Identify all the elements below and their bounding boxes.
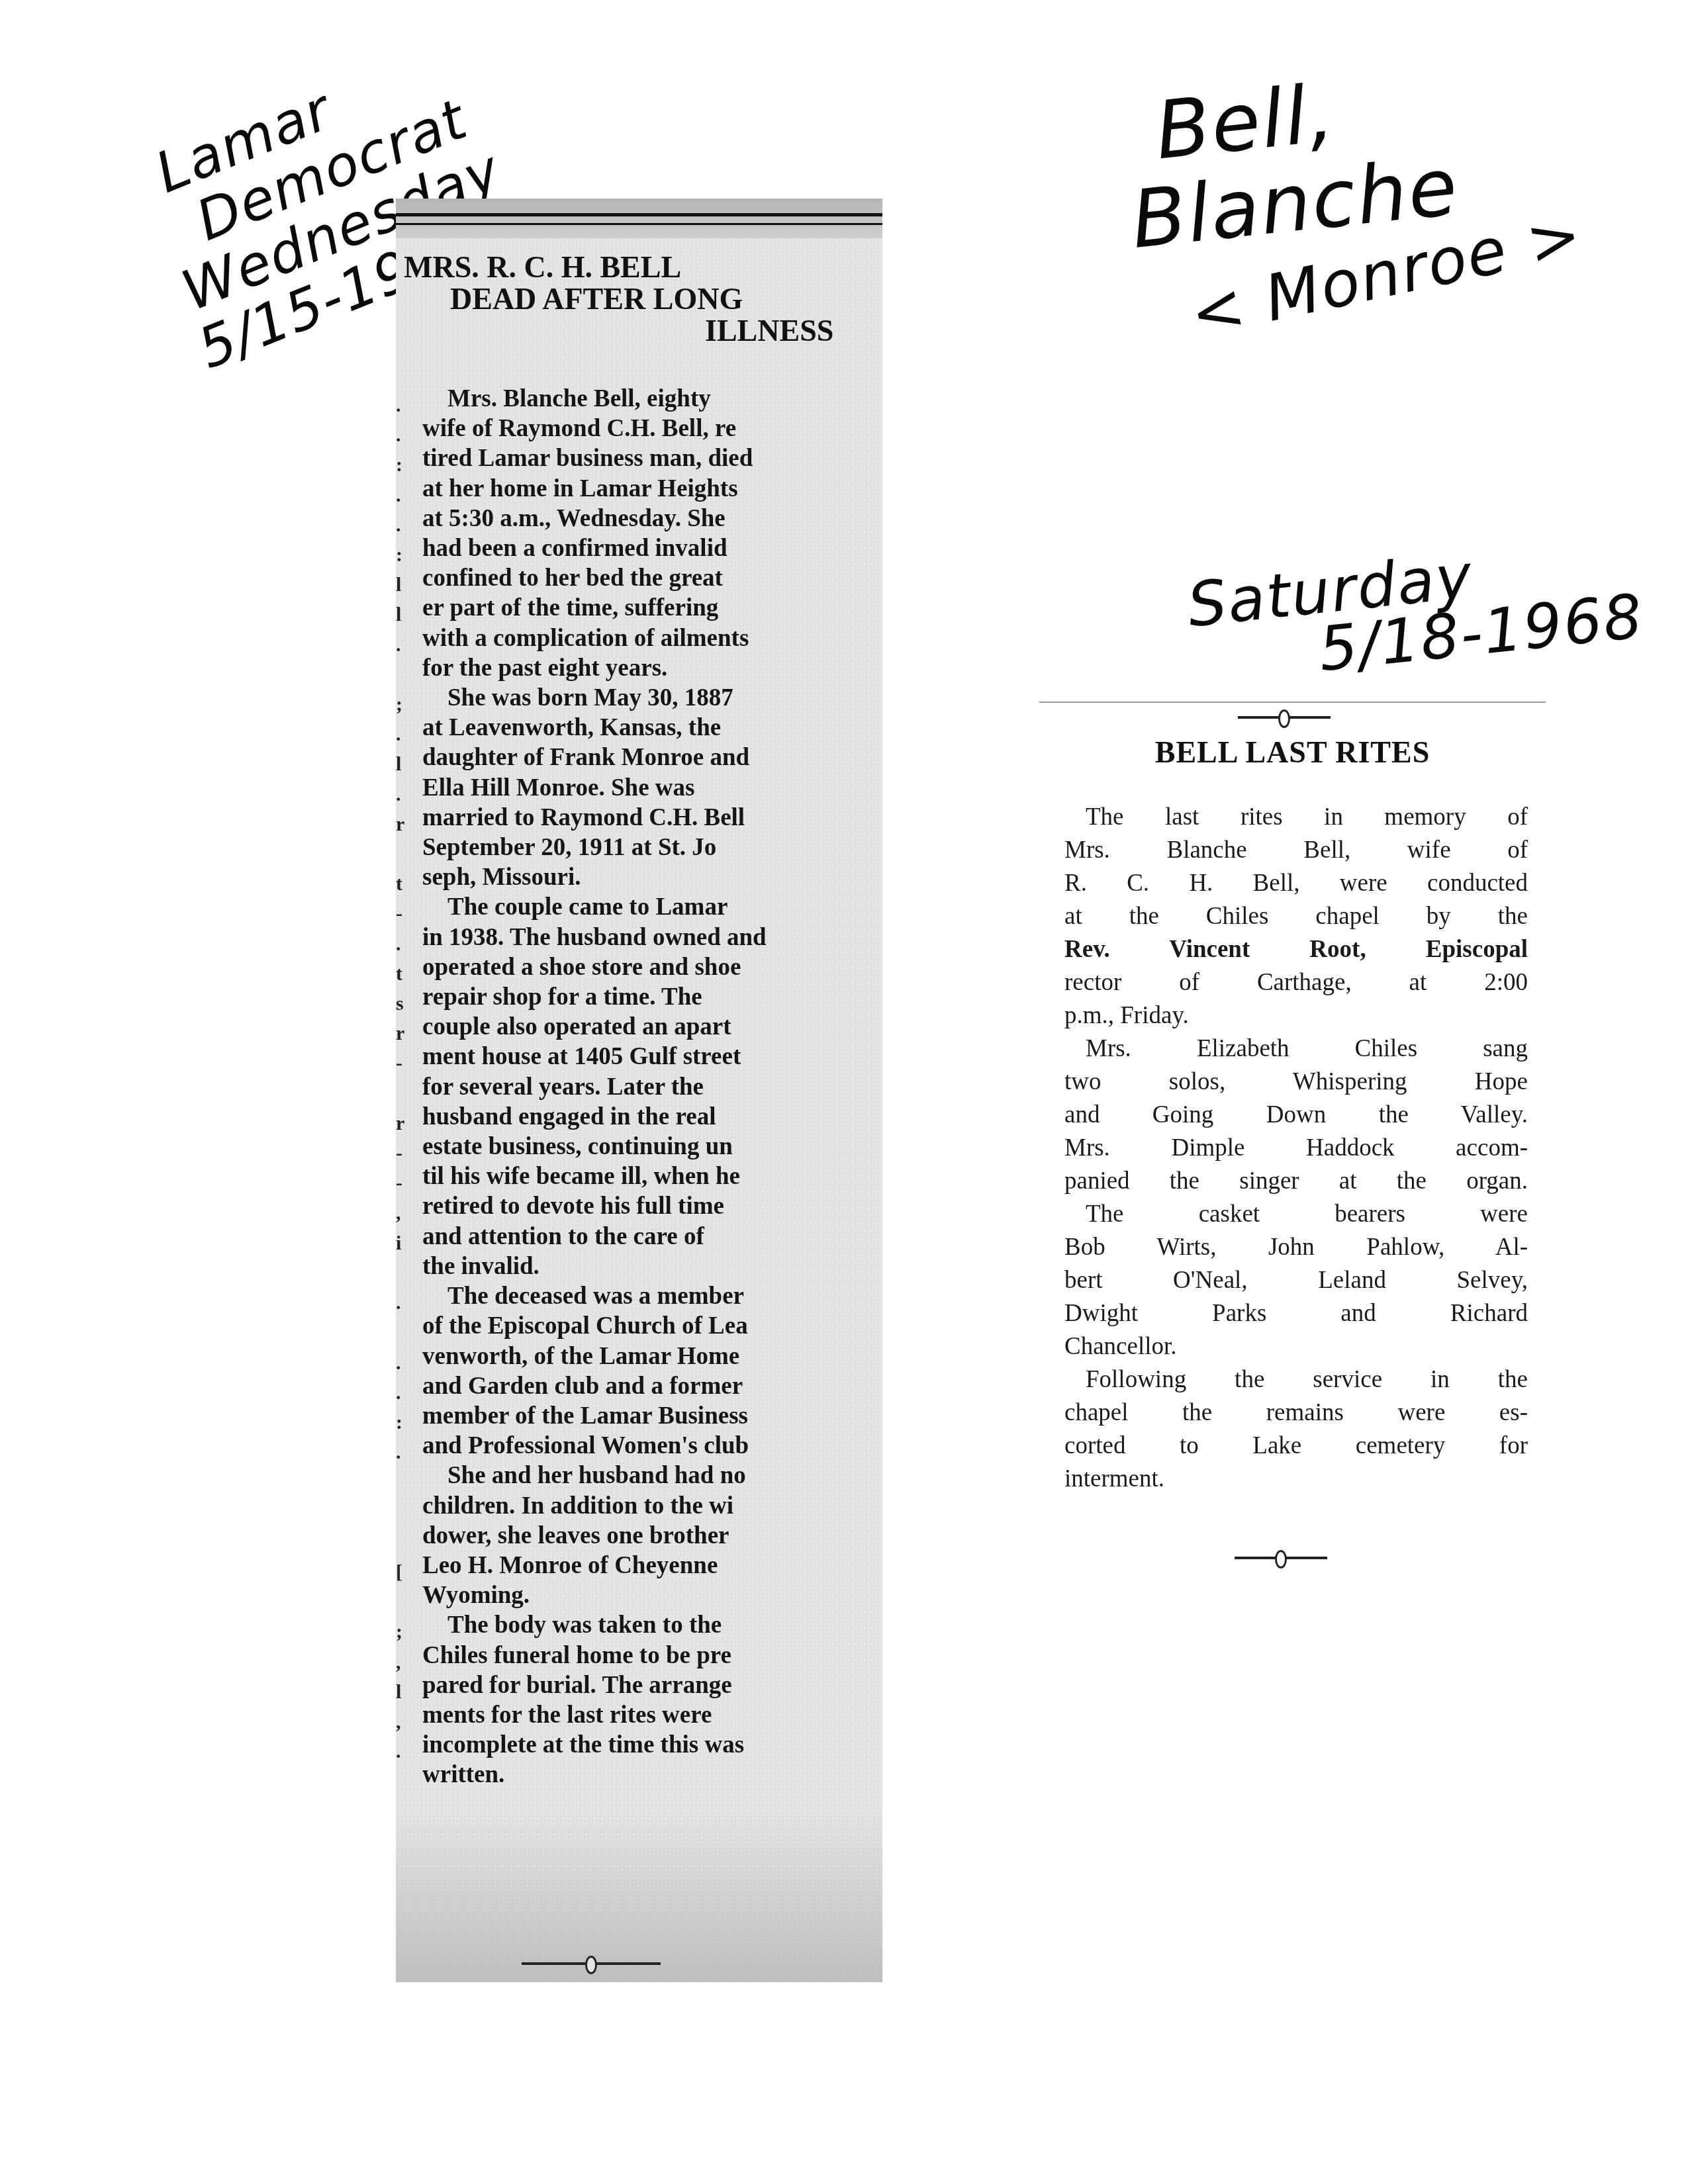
text-line: and attention to the care of	[422, 1222, 882, 1251]
text-line: at 5:30 a.m., Wednesday. She	[422, 504, 882, 533]
text-line: ment house at 1405 Gulf street	[422, 1042, 882, 1071]
text-line: had been a confirmed invalid	[422, 533, 882, 563]
text-line: incomplete at the time this was	[422, 1730, 882, 1760]
text-line: children. In addition to the wi	[422, 1491, 882, 1521]
text-line: Leo H. Monroe of Cheyenne	[422, 1551, 882, 1580]
last-rites-clipping: BELL LAST RITES The last rites in memory…	[1039, 702, 1546, 1590]
text-line: at Leavenworth, Kansas, the	[422, 713, 882, 743]
text-line: dower, she leaves one brother	[422, 1521, 882, 1551]
headline-line: MRS. R. C. H. BELL	[404, 251, 880, 283]
text-line: bert O'Neal, Leland Selvey,	[1064, 1264, 1528, 1297]
column-rule	[396, 213, 882, 225]
edge-fragment: [	[396, 1557, 409, 1587]
text-line: ments for the last rites were	[422, 1700, 882, 1730]
edge-fragment: r	[396, 1019, 409, 1048]
edge-fragment: l	[396, 1677, 409, 1707]
edge-fragment: .	[396, 420, 409, 450]
edge-fragment: .	[396, 390, 409, 420]
edge-fragment	[396, 1766, 409, 1796]
edge-fragment	[396, 1527, 409, 1557]
text-line: The couple came to Lamar	[422, 892, 882, 922]
edge-fragment	[396, 660, 409, 690]
text-line: couple also operated an apart	[422, 1012, 882, 1042]
edge-fragment	[396, 1587, 409, 1617]
edge-fragment: ;	[396, 690, 409, 719]
top-rule-divider	[1238, 716, 1331, 724]
photocopy-smudge	[396, 1810, 882, 1982]
obituary-body: Mrs. Blanche Bell, eightywife of Raymond…	[422, 384, 882, 1790]
text-line: Following the service in the	[1064, 1363, 1528, 1396]
text-line: The body was taken to the	[422, 1610, 882, 1640]
text-line: September 20, 1911 at St. Jo	[422, 833, 882, 862]
text-line: two solos, Whispering Hope	[1064, 1066, 1528, 1099]
text-line: for several years. Later the	[422, 1072, 882, 1102]
text-line: Mrs. Blanche Bell, eighty	[422, 384, 882, 414]
text-line: retired to devote his full time	[422, 1191, 882, 1221]
text-line: Chiles funeral home to be pre	[422, 1641, 882, 1670]
text-line: and Going Down the Valley.	[1064, 1099, 1528, 1132]
obituary-clipping: MRS. R. C. H. BELL DEAD AFTER LONG ILLNE…	[396, 199, 882, 1982]
edge-fragment: r	[396, 1109, 409, 1138]
edge-fragment: .	[396, 1437, 409, 1467]
edge-fragment: .	[396, 780, 409, 809]
headline-line: ILLNESS	[705, 315, 880, 347]
edge-fragment: .	[396, 719, 409, 749]
text-line: er part of the time, suffering	[422, 593, 882, 623]
edge-fragment: i	[396, 1228, 409, 1258]
edge-fragment: .	[396, 1348, 409, 1378]
edge-fragment: -	[396, 1138, 409, 1168]
text-line: interment.	[1064, 1463, 1528, 1496]
handwritten-name-note: Bell, Blanche	[1152, 62, 1462, 257]
text-line: panied the singer at the organ.	[1064, 1165, 1528, 1198]
edge-fragment	[396, 1258, 409, 1288]
edge-fragment: .	[396, 480, 409, 510]
text-line: rector of Carthage, at 2:00	[1064, 966, 1528, 999]
last-rites-body: The last rites in memory ofMrs. Blanche …	[1064, 801, 1528, 1496]
text-line: written.	[422, 1760, 882, 1790]
edge-fragment: :	[396, 540, 409, 570]
text-line: venworth, of the Lamar Home	[422, 1342, 882, 1371]
edge-fragment: ,	[396, 1198, 409, 1228]
obituary-headline: MRS. R. C. H. BELL DEAD AFTER LONG ILLNE…	[404, 251, 880, 347]
text-line: seph, Missouri.	[422, 862, 882, 892]
text-line: The casket bearers were	[1064, 1198, 1528, 1231]
edge-fragment: l	[396, 570, 409, 600]
edge-fragment	[396, 839, 409, 869]
headline-line: DEAD AFTER LONG	[450, 283, 880, 315]
text-line: Dwight Parks and Richard	[1064, 1297, 1528, 1330]
edge-fragment: -	[396, 1168, 409, 1198]
edge-fragment: t	[396, 869, 409, 899]
edge-fragment: .	[396, 1288, 409, 1318]
edge-fragment: :	[396, 1408, 409, 1437]
edge-fragment	[396, 1467, 409, 1497]
text-line: pared for burial. The arrange	[422, 1670, 882, 1700]
edge-fragment: t	[396, 959, 409, 989]
text-line: of the Episcopal Church of Lea	[422, 1311, 882, 1341]
adjacent-column-fragments: ..:..:ll. ;.l.r t-.tsr- r--,i . ..:. [ ;…	[396, 390, 409, 1797]
text-line: Ella Hill Monroe. She was	[422, 773, 882, 803]
text-line: Mrs. Dimple Haddock accom-	[1064, 1132, 1528, 1165]
text-line: at her home in Lamar Heights	[422, 474, 882, 504]
text-line: confined to her bed the great	[422, 563, 882, 593]
text-line: Chancellor.	[1064, 1330, 1528, 1363]
edge-fragment: r	[396, 809, 409, 839]
edge-fragment: -	[396, 899, 409, 929]
text-line: Mrs. Blanche Bell, wife of	[1064, 834, 1528, 867]
text-line: at the Chiles chapel by the	[1064, 900, 1528, 933]
text-line: estate business, continuing un	[422, 1132, 882, 1161]
text-line: wife of Raymond C.H. Bell, re	[422, 414, 882, 443]
text-line: Mrs. Elizabeth Chiles sang	[1064, 1032, 1528, 1066]
text-line: daughter of Frank Monroe and	[422, 743, 882, 772]
text-line: tired Lamar business man, died	[422, 443, 882, 473]
text-line: married to Raymond C.H. Bell	[422, 803, 882, 833]
text-line: member of the Lamar Business	[422, 1401, 882, 1431]
edge-fragment: .	[396, 630, 409, 660]
edge-fragment: -	[396, 1048, 409, 1078]
text-line: She and her husband had no	[422, 1461, 882, 1490]
edge-fragment: .	[396, 929, 409, 959]
end-rule-divider	[522, 1962, 661, 1970]
edge-fragment: ,	[396, 1647, 409, 1677]
text-line: Wyoming.	[422, 1580, 882, 1610]
text-line: The deceased was a member	[422, 1281, 882, 1311]
handwritten-second-date-note: Saturday 5/18-1968	[1185, 529, 1646, 694]
text-line: and Garden club and a former	[422, 1371, 882, 1401]
text-line: husband engaged in the real	[422, 1102, 882, 1132]
text-line: til his wife became ill, when he	[422, 1161, 882, 1191]
text-line: p.m., Friday.	[1064, 999, 1528, 1032]
edge-fragment: s	[396, 989, 409, 1019]
text-line: chapel the remains were es-	[1064, 1396, 1528, 1430]
last-rites-headline: BELL LAST RITES	[1039, 735, 1546, 770]
text-line: corted to Lake cemetery for	[1064, 1430, 1528, 1463]
edge-fragment: :	[396, 450, 409, 480]
text-line: the invalid.	[422, 1251, 882, 1281]
text-line: with a complication of ailments	[422, 623, 882, 653]
text-line: operated a shoe store and shoe	[422, 952, 882, 982]
edge-fragment: ;	[396, 1617, 409, 1647]
edge-fragment	[396, 1498, 409, 1527]
edge-fragment: .	[396, 1378, 409, 1408]
end-rule-divider	[1235, 1557, 1327, 1565]
text-line: repair shop for a time. The	[422, 982, 882, 1012]
edge-fragment: .	[396, 1737, 409, 1766]
edge-fragment	[396, 1318, 409, 1347]
text-line: The last rites in memory of	[1064, 801, 1528, 834]
edge-fragment	[396, 1079, 409, 1109]
edge-fragment: .	[396, 510, 409, 540]
text-line: R. C. H. Bell, were conducted	[1064, 867, 1528, 900]
text-line: She was born May 30, 1887	[422, 683, 882, 713]
text-line: Rev. Vincent Root, Episcopal	[1064, 933, 1528, 966]
edge-fragment: l	[396, 749, 409, 779]
edge-fragment: ,	[396, 1707, 409, 1737]
text-line: for the past eight years.	[422, 653, 882, 683]
text-line: and Professional Women's club	[422, 1431, 882, 1461]
edge-fragment: l	[396, 600, 409, 629]
text-line: Bob Wirts, John Pahlow, Al-	[1064, 1231, 1528, 1264]
text-line: in 1938. The husband owned and	[422, 923, 882, 952]
